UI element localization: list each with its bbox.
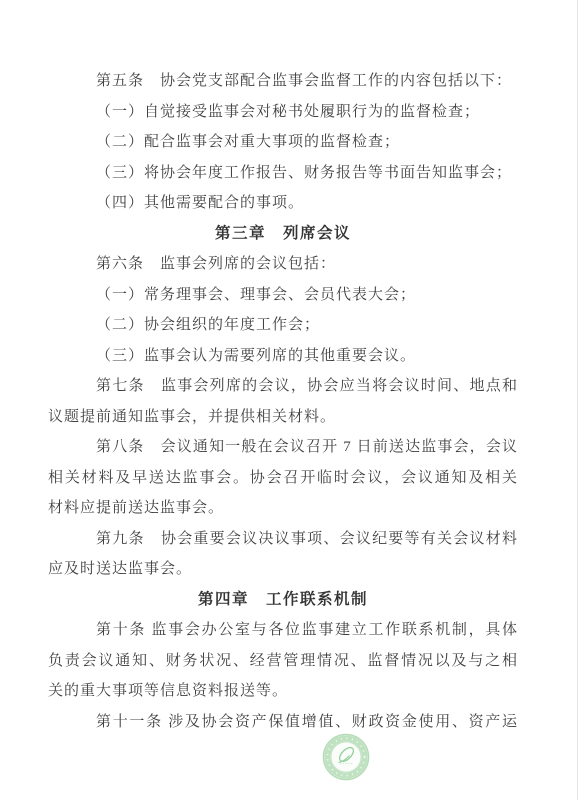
document-line: 第十条 监事会办公室与各位监事建立工作联系机制，具体 — [48, 615, 518, 646]
document-line: 第九条 协会重要会议决议事项、会议纪要等有关会议材料 — [48, 524, 518, 555]
document-line: 相关材料及早送达监事会。协会召开临时会议，会议通知及相关 — [48, 463, 518, 494]
document-line: 议题提前通知监事会，并提供相关材料。 — [48, 402, 518, 433]
document-line: 第八条 会议通知一般在会议召开 7 日前送达监事会，会议 — [48, 432, 518, 463]
document-page: 第五条 协会党支部配合监事会监督工作的内容包括以下：（一）自觉接受监事会对秘书处… — [48, 66, 518, 737]
chapter-heading: 第四章 工作联系机制 — [48, 585, 518, 616]
document-line: （三）将协会年度工作报告、财务报告等书面告知监事会； — [48, 158, 518, 189]
document-line: （四）其他需要配合的事项。 — [48, 188, 518, 219]
document-line: （三）监事会认为需要列席的其他重要会议。 — [48, 341, 518, 372]
document-line: 第五条 协会党支部配合监事会监督工作的内容包括以下： — [48, 66, 518, 97]
document-line: 应及时送达监事会。 — [48, 554, 518, 585]
document-line: 第十一条 涉及协会资产保值增值、财政资金使用、资产运 — [48, 707, 518, 738]
document-line: （二）配合监事会对重大事项的监督检查； — [48, 127, 518, 158]
document-line: 关的重大事项等信息资料报送等。 — [48, 676, 518, 707]
page-edge-line — [577, 0, 578, 800]
document-line: （二）协会组织的年度工作会； — [48, 310, 518, 341]
chapter-heading: 第三章 列席会议 — [48, 219, 518, 250]
document-line: （一）自觉接受监事会对秘书处履职行为的监督检查； — [48, 97, 518, 128]
document-line: 材料应提前送达监事会。 — [48, 493, 518, 524]
document-line: 负责会议通知、财务状况、经营管理情况、监督情况以及与之相 — [48, 646, 518, 677]
leaf-seal-icon — [321, 732, 371, 782]
document-line: （一）常务理事会、理事会、会员代表大会； — [48, 280, 518, 311]
document-line: 第七条 监事会列席的会议，协会应当将会议时间、地点和 — [48, 371, 518, 402]
document-line: 第六条 监事会列席的会议包括： — [48, 249, 518, 280]
